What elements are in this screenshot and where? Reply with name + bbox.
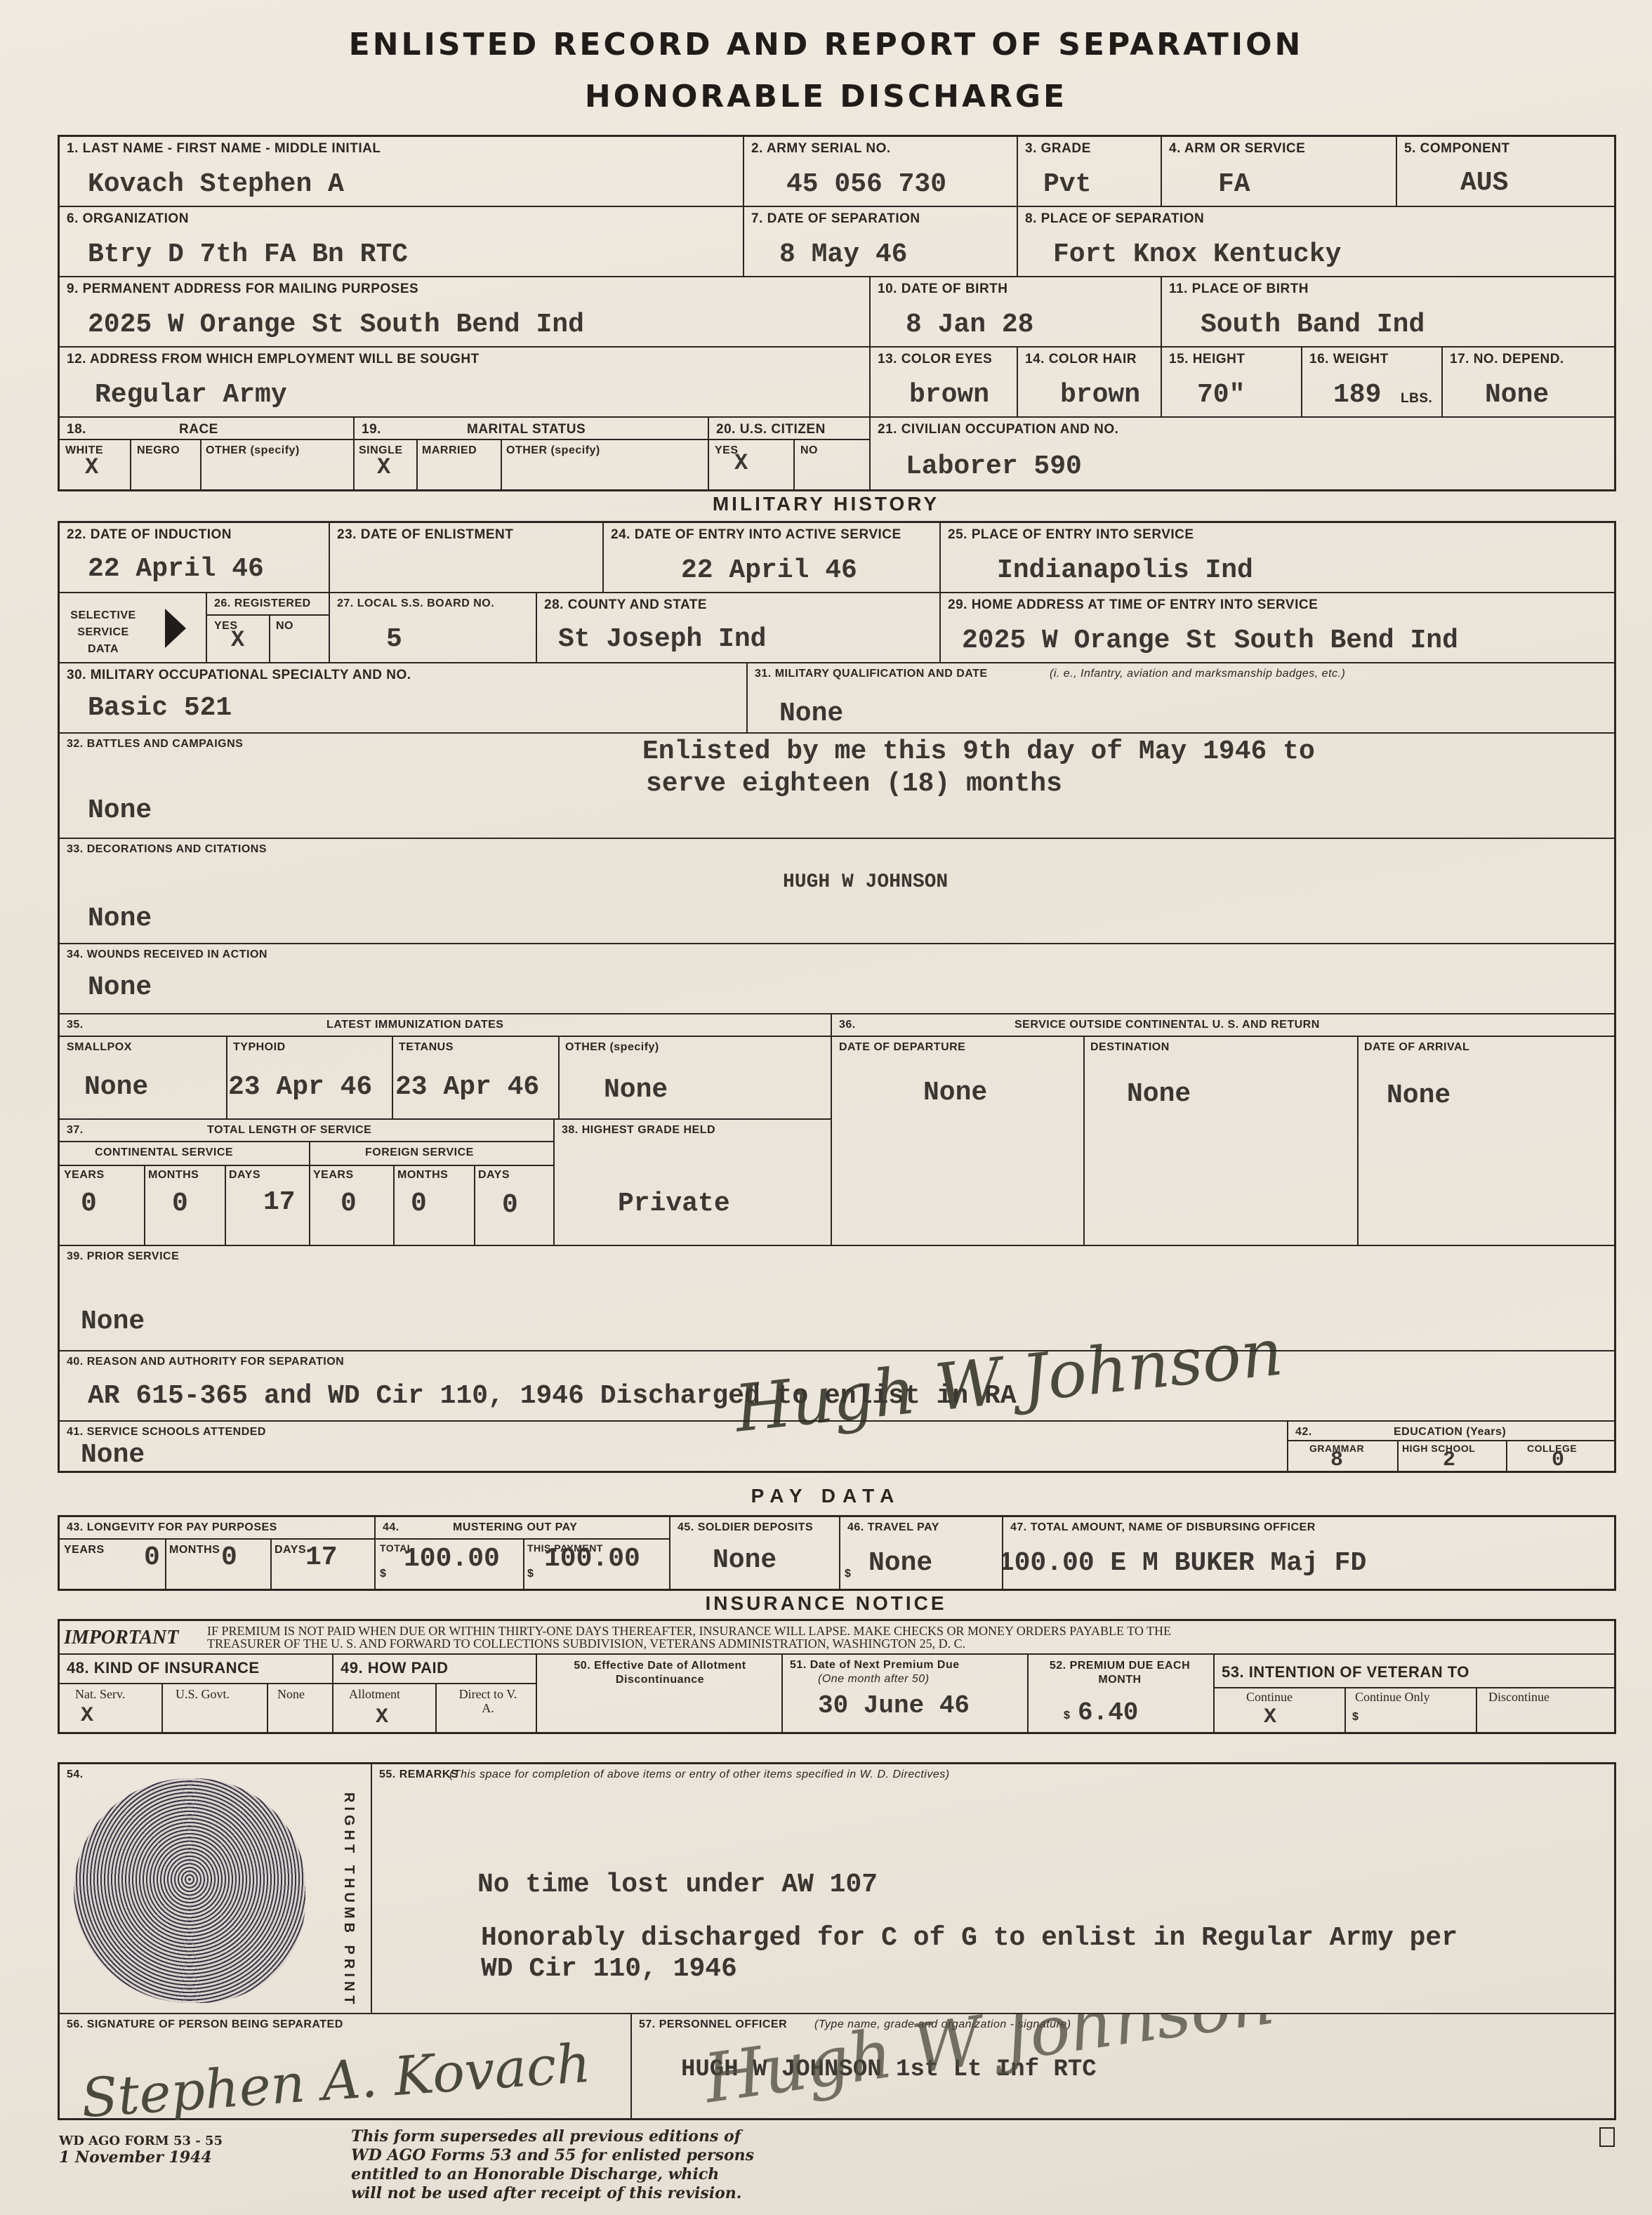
field-56-signature: 56. SIGNATURE OF PERSON BEING SEPARATED …	[60, 2014, 632, 2120]
race-white-mark: X	[85, 454, 98, 480]
field-21-occupation: 21. CIVILIAN OCCUPATION AND NO. Laborer …	[871, 418, 1616, 491]
field-41-schools: 41. SERVICE SCHOOLS ATTENDED None	[60, 1422, 1288, 1473]
insurance-nat-serv-mark: X	[81, 1704, 93, 1728]
field-11-place-birth: 11. PLACE OF BIRTH South Band Ind	[1162, 277, 1616, 348]
field-55-remarks: 55. REMARKS (This space for completion o…	[372, 1764, 1616, 2014]
field-17-dependents: 17. NO. DEPEND. None	[1443, 348, 1616, 418]
marital-single-mark: X	[377, 454, 390, 480]
field-42-education: 42. EDUCATION (Years) GRAMMAR HIGH SCHOO…	[1288, 1422, 1616, 1473]
printer-mark-icon	[1599, 2127, 1615, 2147]
field-39-prior-service: 39. PRIOR SERVICE None	[60, 1246, 1616, 1351]
remark-line2: Honorably discharged for C of G to enlis…	[481, 1923, 1458, 1953]
field-44-mustering-pay: 44. MUSTERING OUT PAY TOTAL THIS PAYMENT…	[376, 1517, 670, 1589]
field-27-board: 27. LOCAL S.S. BOARD NO. 5	[330, 593, 537, 663]
field-2-serial: 2. ARMY SERIAL NO. 45 056 730	[744, 137, 1018, 207]
field-26-registered: 26. REGISTERED YES NO X	[207, 593, 330, 663]
document-subtitle: HONORABLE DISCHARGE	[0, 79, 1652, 114]
field-20-citizen: 20. U.S. CITIZEN YES NO X	[709, 418, 871, 491]
field-18-race: 18. RACE WHITE NEGRO OTHER (specify) X	[60, 418, 355, 491]
field-46-travel-pay: 46. TRAVEL PAY $ None	[840, 1517, 1003, 1589]
field-50-effective-date: 50. Effective Date of Allotment Disconti…	[537, 1655, 783, 1734]
insurance-important-notice: IMPORTANT IF PREMIUM IS NOT PAID WHEN DU…	[60, 1621, 1616, 1655]
field-7-date-separation: 7. DATE OF SEPARATION 8 May 46	[744, 207, 1018, 277]
field-32-battles: 32. BATTLES AND CAMPAIGNS None Enlisted …	[60, 734, 1616, 839]
field-10-date-birth: 10. DATE OF BIRTH 8 Jan 28	[871, 277, 1162, 348]
document-title: ENLISTED RECORD AND REPORT OF SEPARATION	[0, 27, 1652, 62]
field-4-arm: 4. ARM OR SERVICE FA	[1162, 137, 1397, 207]
military-history-block: 22. DATE OF INDUCTION 22 April 46 23. DA…	[58, 521, 1616, 1473]
insurance-notice-heading: INSURANCE NOTICE	[0, 1592, 1652, 1615]
marital-married-option: MARRIED	[422, 444, 477, 457]
field-35-immunization: 35. LATEST IMMUNIZATION DATES SMALLPOX T…	[60, 1014, 832, 1120]
field-48-kind-insurance: 48. KIND OF INSURANCE Nat. Serv. U.S. Go…	[60, 1655, 333, 1734]
field-9-permanent-address: 9. PERMANENT ADDRESS FOR MAILING PURPOSE…	[60, 277, 871, 348]
personal-data-block: 1. LAST NAME - FIRST NAME - MIDDLE INITI…	[58, 135, 1616, 491]
insurance-block: IMPORTANT IF PREMIUM IS NOT PAID WHEN DU…	[58, 1619, 1616, 1734]
intention-continue-mark: X	[1264, 1705, 1276, 1729]
field-31-qualification: 31. MILITARY QUALIFICATION AND DATE (i. …	[748, 663, 1616, 734]
field-38-highest-grade: 38. HIGHEST GRADE HELD Private	[555, 1120, 832, 1246]
field-1-name: 1. LAST NAME - FIRST NAME - MIDDLE INITI…	[60, 137, 744, 207]
race-other-option: OTHER (specify)	[206, 444, 300, 457]
registered-yes-mark: X	[231, 627, 244, 653]
field-37-length-service: 37. TOTAL LENGTH OF SERVICE CONTINENTAL …	[60, 1120, 555, 1246]
enlistment-note-line2: serve eighteen (18) months	[646, 769, 1062, 799]
field-53-intention: 53. INTENTION OF VETERAN TO Continue Con…	[1215, 1655, 1616, 1734]
marital-other-option: OTHER (specify)	[506, 444, 600, 457]
field-33-decorations: 33. DECORATIONS AND CITATIONS None HUGH …	[60, 839, 1616, 944]
remark-line3: WD Cir 110, 1946	[481, 1954, 737, 1984]
enlisting-officer-name: HUGH W JOHNSON	[783, 871, 948, 893]
field-47-total-amount: 47. TOTAL AMOUNT, NAME OF DISBURSING OFF…	[1003, 1517, 1616, 1589]
arrow-right-icon	[165, 609, 186, 648]
form-date: 1 November 1944	[59, 2148, 212, 2167]
field-22-induction: 22. DATE OF INDUCTION 22 April 46	[60, 523, 330, 593]
pay-data-block: 43. LONGEVITY FOR PAY PURPOSES YEARS MON…	[58, 1515, 1616, 1591]
field-6-organization: 6. ORGANIZATION Btry D 7th FA Bn RTC	[60, 207, 744, 277]
field-40-reason: 40. REASON AND AUTHORITY FOR SEPARATION …	[60, 1351, 1616, 1422]
discharge-document: ENLISTED RECORD AND REPORT OF SEPARATION…	[0, 0, 1652, 2215]
field-49-how-paid: 49. HOW PAID Allotment Direct to V. A. X	[333, 1655, 537, 1734]
field-16-weight: 16. WEIGHT 189 LBS.	[1302, 348, 1443, 418]
field-23-enlistment: 23. DATE OF ENLISTMENT	[330, 523, 604, 593]
field-3-grade: 3. GRADE Pvt	[1018, 137, 1162, 207]
race-negro-option: NEGRO	[137, 444, 180, 457]
thumbprint-image	[74, 1778, 305, 2003]
field-13-eyes: 13. COLOR EYES brown	[871, 348, 1018, 418]
field-15-height: 15. HEIGHT 70"	[1162, 348, 1302, 418]
field-24-active-service: 24. DATE OF ENTRY INTO ACTIVE SERVICE 22…	[604, 523, 941, 593]
field-45-deposits: 45. SOLDIER DEPOSITS None	[670, 1517, 840, 1589]
field-36-service-outside: 36. SERVICE OUTSIDE CONTINENTAL U. S. AN…	[832, 1014, 1616, 1246]
field-34-wounds: 34. WOUNDS RECEIVED IN ACTION None	[60, 944, 1616, 1014]
field-54-thumbprint: 54. RIGHT THUMB PRINT	[60, 1764, 372, 2014]
field-52-premium-monthly: 52. PREMIUM DUE EACH MONTH $ 6.40	[1029, 1655, 1215, 1734]
field-29-home-address: 29. HOME ADDRESS AT TIME OF ENTRY INTO S…	[941, 593, 1616, 663]
military-history-heading: MILITARY HISTORY	[0, 493, 1652, 515]
closing-block: 54. RIGHT THUMB PRINT 55. REMARKS (This …	[58, 1762, 1616, 2120]
selective-service-data: SELECTIVE SERVICE DATA	[60, 593, 207, 663]
citizen-no-option: NO	[800, 444, 818, 457]
field-12-employment-address: 12. ADDRESS FROM WHICH EMPLOYMENT WILL B…	[60, 348, 871, 418]
field-8-place-separation: 8. PLACE OF SEPARATION Fort Knox Kentuck…	[1018, 207, 1616, 277]
field-43-longevity: 43. LONGEVITY FOR PAY PURPOSES YEARS MON…	[60, 1517, 376, 1589]
enlistment-note-line1: Enlisted by me this 9th day of May 1946 …	[642, 736, 1315, 767]
field-30-mos: 30. MILITARY OCCUPATIONAL SPECIALTY AND …	[60, 663, 748, 734]
field-57-personnel-officer: 57. PERSONNEL OFFICER (Type name, grade …	[632, 2014, 1616, 2120]
thumb-print-label: RIGHT THUMB PRINT	[341, 1792, 357, 2009]
field-25-place-entry: 25. PLACE OF ENTRY INTO SERVICE Indianap…	[941, 523, 1616, 593]
field-19-marital: 19. MARITAL STATUS SINGLE MARRIED OTHER …	[355, 418, 709, 491]
supersedes-note: This form supersedes all previous editio…	[351, 2127, 754, 2203]
field-14-hair: 14. COLOR HAIR brown	[1018, 348, 1162, 418]
insurance-allotment-mark: X	[376, 1705, 388, 1729]
pay-data-heading: PAY DATA	[0, 1485, 1652, 1507]
separated-person-signature: Stephen A. Kovach	[79, 2032, 593, 2120]
field-28-county: 28. COUNTY AND STATE St Joseph Ind	[537, 593, 941, 663]
field-5-component: 5. COMPONENT AUS	[1397, 137, 1616, 207]
field-51-next-premium: 51. Date of Next Premium Due (One month …	[783, 1655, 1029, 1734]
personnel-officer-signature: Hugh W Johnson	[699, 2014, 1278, 2118]
name-value: Kovach Stephen A	[88, 169, 344, 199]
remark-line1: No time lost under AW 107	[477, 1870, 878, 1900]
citizen-yes-mark: X	[734, 450, 748, 476]
form-number: WD AGO FORM 53 - 55	[59, 2131, 223, 2150]
